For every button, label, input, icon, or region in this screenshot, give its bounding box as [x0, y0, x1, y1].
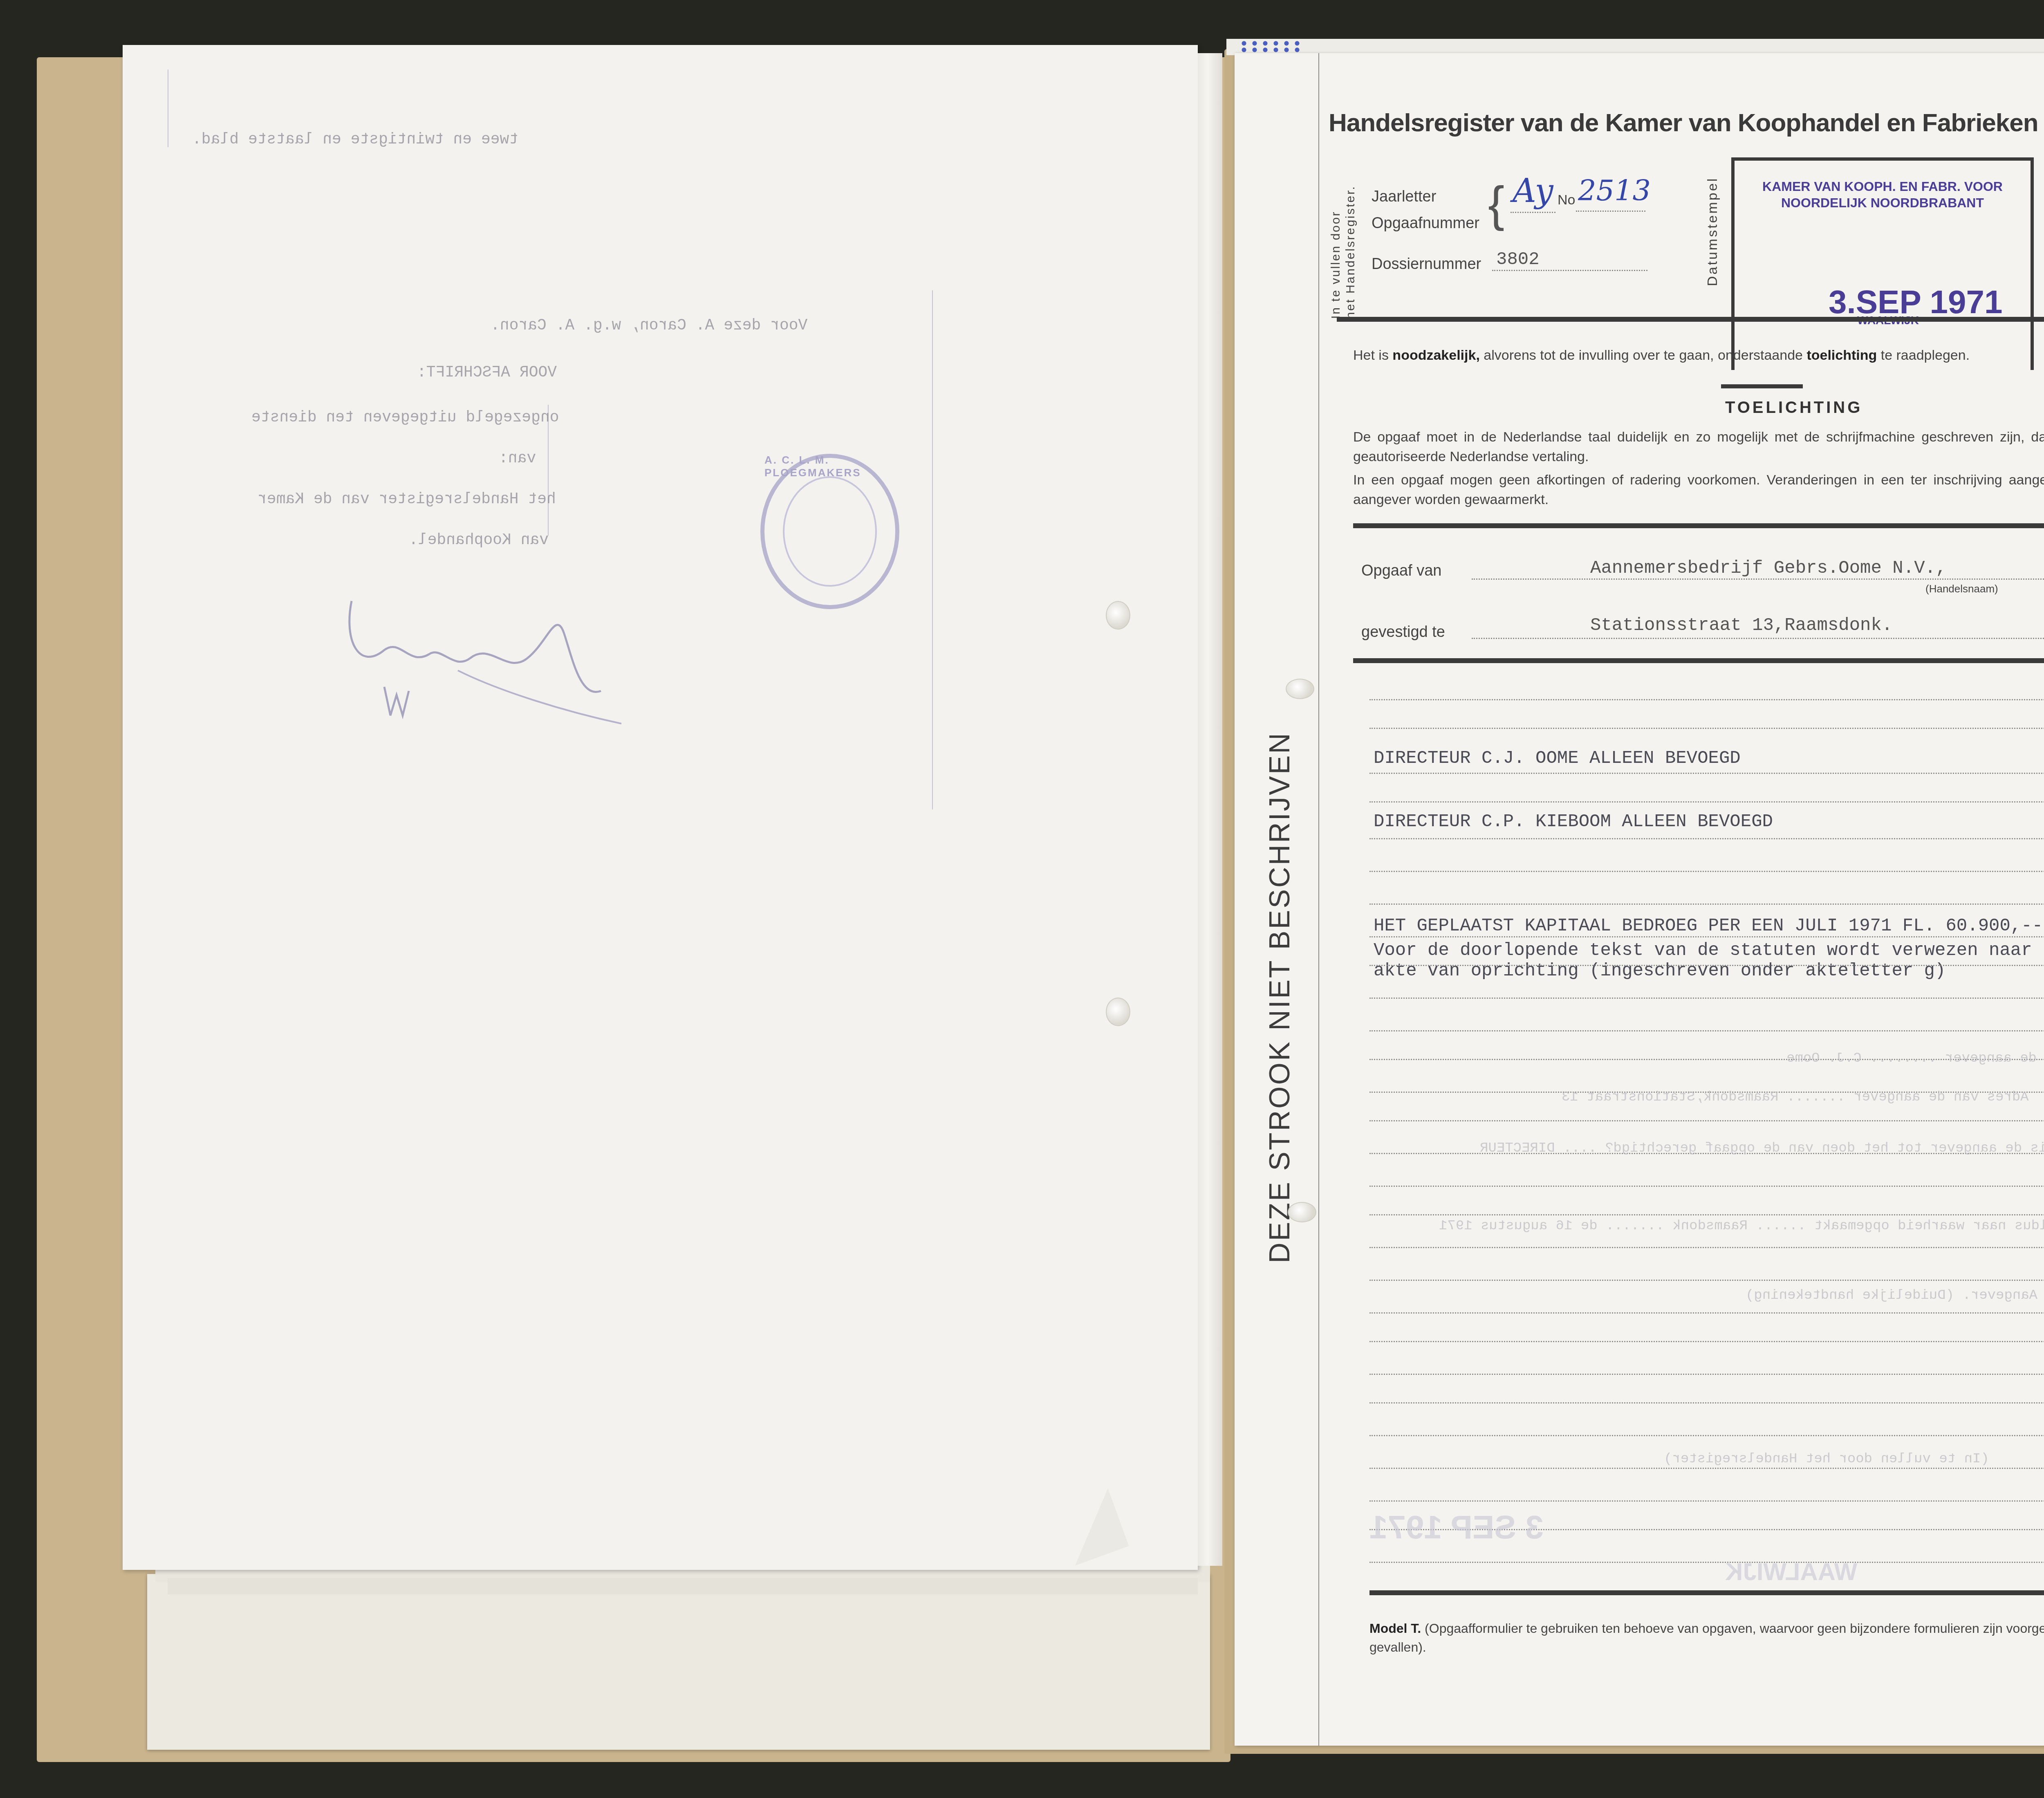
jaarletter-label: Jaarletter — [1372, 188, 1436, 206]
entry-director-1[interactable]: DIRECTEUR C.J. OOME ALLEEN BEVOEGD — [1374, 748, 1741, 769]
opgaafnummer-field — [1576, 211, 1645, 212]
entry-line — [1369, 728, 2044, 729]
bleed-through-stamp-date: 3 SEP 1971 — [1369, 1509, 1544, 1546]
left-page: twee en twintigste en laatste blad. Voor… — [123, 45, 1198, 1570]
mirrored-copy-line: het Handelsregister van de Kamer — [258, 491, 556, 508]
handwritten-signature — [335, 576, 703, 732]
dossiernummer-field — [1492, 270, 1647, 271]
opgaaf-van-field — [1472, 578, 2044, 580]
notary-seal: A. C. L. M. PLOEGMAKERS — [760, 454, 899, 609]
entry-line — [1369, 1341, 2044, 1342]
stamp-region-line: NOORDELIJK NOORDBRABANT — [1735, 195, 2031, 211]
entry-line — [1369, 936, 2044, 937]
registry-side-label: In te vullen door het Handelsregister. — [1329, 185, 1358, 319]
entry-line — [1369, 871, 2044, 872]
entry-line — [1369, 1280, 2044, 1281]
section-rule — [1721, 384, 1803, 388]
entry-statutes-2[interactable]: akte van oprichting (ingeschreven onder … — [1374, 961, 1945, 981]
opgaafnummer-label: Opgaafnummer — [1372, 215, 1479, 232]
gevestigd-field — [1472, 638, 2044, 639]
handelsnaam-caption: (Handelsnaam) — [1925, 583, 1998, 595]
entry-line — [1369, 903, 2044, 905]
field-brace: { — [1488, 176, 1504, 232]
entry-line — [1369, 1468, 2044, 1469]
footer-rule — [1369, 1590, 2044, 1595]
entry-line — [1369, 1120, 2044, 1121]
margin-line — [168, 69, 168, 147]
entry-line — [1369, 801, 2044, 803]
intro-instruction: Het is noodzakelijk, alvorens tot de inv… — [1353, 347, 1970, 363]
dossiernummer-label: Dossiernummer — [1372, 256, 1481, 273]
entry-line — [1369, 1312, 2044, 1314]
datumstempel-label: Datumstempel — [1705, 177, 1721, 286]
punch-hole — [1286, 679, 1314, 699]
mirrored-copy-line: van: — [499, 450, 536, 467]
entry-line — [1369, 1214, 2044, 1215]
entry-line — [1369, 965, 2044, 966]
entry-line — [1369, 1562, 2044, 1563]
opgaafnummer-value[interactable]: 2513 — [1578, 174, 1651, 207]
entry-director-2[interactable]: DIRECTEUR C.P. KIEBOOM ALLEEN BEVOEGD — [1374, 812, 1773, 832]
left-sheet-edge — [168, 1578, 1198, 1594]
entry-line — [1369, 1402, 2044, 1403]
entry-line — [1369, 1435, 2044, 1436]
entry-statutes-1[interactable]: Voor de doorlopende tekst van de statute… — [1374, 940, 2044, 961]
number-prefix: No — [1558, 192, 1575, 208]
entry-line — [1369, 1030, 2044, 1031]
date-stamp-box: KAMER VAN KOOPH. EN FABR. VOOR NOORDELIJ… — [1731, 157, 2034, 370]
toelichting-paragraph: De opgaaf moet in de Nederlandse taal du… — [1353, 427, 2044, 466]
seal-name: A. C. L. M. PLOEGMAKERS — [764, 454, 895, 479]
bleed-through-text: (In te vullen door het Handelsregister) — [1664, 1451, 1989, 1467]
fold-line — [932, 290, 933, 809]
bleed-through-text: Naam van de aangever ........ C.J. Oome — [1786, 1051, 2044, 1066]
mirrored-copy-line: van Koophandel. — [409, 531, 549, 549]
toelichting-title: TOELICHTING — [1725, 399, 1862, 417]
punch-hole — [1288, 1202, 1316, 1222]
model-footer: Model T. (Opgaafformulier te gebruiken t… — [1369, 1619, 2044, 1657]
mirrored-copy-heading: VOOR AFSCHRIFT: — [417, 364, 557, 381]
binding-dot-pattern — [1239, 40, 1300, 52]
mirrored-closing-line: twee en twintigste en laatste blad. — [192, 131, 518, 148]
gevestigd-value[interactable]: Stationsstraat 13,Raamsdonk. — [1590, 615, 1892, 636]
punch-hole — [1106, 998, 1130, 1026]
bleed-through-text: Aldus naar waarheid opgemaakt ...... Raa… — [1439, 1218, 2044, 1234]
entry-line — [1369, 1186, 2044, 1187]
gevestigd-label: gevestigd te — [1361, 623, 1445, 641]
entry-line — [1369, 1247, 2044, 1248]
binding-strip — [1226, 39, 2044, 55]
form-title-text: Handelsregister van de Kamer van Koophan… — [1329, 109, 2044, 137]
opgaaf-van-label: Opgaaf van — [1361, 562, 1441, 580]
left-underlying-sheet — [147, 1574, 1210, 1750]
left-page-edge-stack — [1198, 53, 1222, 1566]
entry-line — [1369, 838, 2044, 839]
entry-line — [1369, 773, 2044, 774]
seal-coat-of-arms — [783, 476, 877, 587]
strip-warning: DEZE STROOK NIET BESCHRIJVEN — [1263, 731, 1296, 1263]
entry-capital[interactable]: HET GEPLAATST KAPITAAL BEDROEG PER EEN J… — [1374, 916, 2043, 936]
punch-hole — [1106, 601, 1130, 630]
section-rule — [1353, 523, 2044, 528]
bleed-through-text: In welke hoedanigheid is de aangever tot… — [1480, 1141, 2044, 1156]
jaarletter-value[interactable]: Ay — [1513, 172, 1553, 210]
stamp-chamber-line: KAMER VAN KOOPH. EN FABR. VOOR — [1735, 179, 2031, 194]
dossiernummer-value[interactable]: 3802 — [1496, 249, 1540, 270]
header-rule — [1337, 317, 2044, 322]
registration-form: DEZE STROOK NIET BESCHRIJVEN Handelsregi… — [1235, 53, 2044, 1746]
entry-line — [1369, 1500, 2044, 1502]
entry-line — [1369, 998, 2044, 999]
bleed-through-stamp-city: WAALWIJK — [1725, 1558, 1857, 1586]
entry-line — [1369, 699, 2044, 700]
section-rule — [1353, 658, 2044, 663]
strip-divider — [1318, 53, 1319, 1746]
toelichting-paragraph: In een opgaaf mogen geen afkortingen of … — [1353, 470, 2044, 509]
mirrored-signatory-line: Voor deze A. Caron, w.g. A. Caron. — [491, 317, 807, 334]
mirrored-copy-line: ongezegeld uitgegeven ten dienste — [251, 409, 559, 426]
form-title: Handelsregister van de Kamer van Koophan… — [1329, 106, 2044, 137]
bleed-through-text: De Aangever. (Duidelijke handtekening) — [1746, 1288, 2044, 1303]
entry-line — [1369, 1374, 2044, 1375]
opgaaf-van-value[interactable]: Aannemersbedrijf Gebrs.Oome N.V., — [1590, 558, 1946, 578]
bleed-through-text: Adres van de aangever ....... Raamsdonk,… — [1562, 1090, 2029, 1105]
jaarletter-field — [1511, 212, 1555, 213]
